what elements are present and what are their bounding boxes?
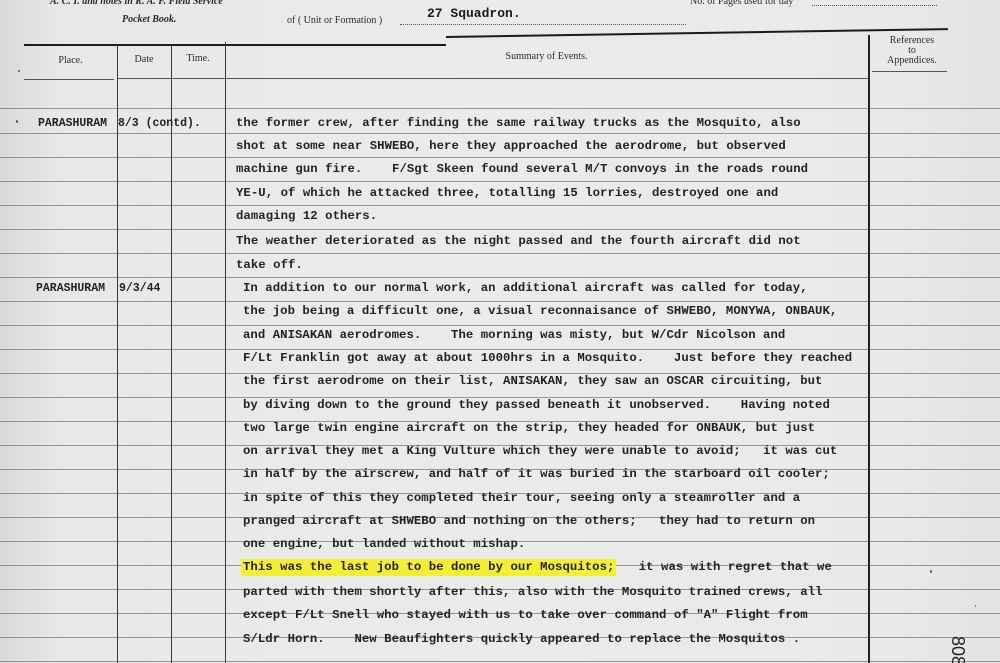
unit-label: of ( Unit or Formation ) — [287, 15, 382, 26]
highlighted-line: This was the last job to be done by our … — [243, 560, 832, 574]
entry-2-summary-line: In addition to our normal work, an addit… — [243, 281, 808, 295]
ruled-line — [0, 277, 1000, 278]
war-diary-page: A. C. I. and notes in R. A. F. Field Ser… — [0, 0, 1000, 663]
entry-1-date: 8/3 (contd). — [118, 117, 201, 130]
entry-1-summary-line: the former crew, after finding the same … — [236, 116, 801, 130]
entry-2-summary-line: two large twin engine aircraft on the st… — [243, 421, 815, 435]
entry-2-date: 9/3/44 — [119, 282, 160, 295]
ruled-line — [0, 205, 1000, 206]
entry-2-summary-line: on arrival they met a King Vulture which… — [243, 444, 837, 458]
entry-2-summary-line: one engine, but landed without mishap. — [243, 537, 525, 551]
column-header-summary: Summary of Events. — [225, 52, 868, 62]
ruled-line — [0, 325, 1000, 326]
ruled-line — [0, 301, 1000, 302]
ruled-line — [0, 253, 1000, 254]
entry-1-place: PARASHURAM — [38, 117, 107, 130]
entry-2-summary-line: F/Lt Franklin got away at about 1000hrs … — [243, 351, 852, 365]
place-date-divider — [117, 44, 118, 663]
highlighted-sentence: This was the last job to be done by our … — [241, 559, 616, 576]
entry-2-place: PARASHURAM — [36, 282, 105, 295]
entry-2-summary-line: the job being a difficult one, a visual … — [243, 304, 837, 318]
header-top-rule — [24, 44, 446, 46]
header-bottom-rule — [24, 79, 114, 80]
paper-speck — [18, 70, 20, 72]
ruled-line — [0, 108, 1000, 109]
entry-2-closing-line: S/Ldr Horn. New Beaufighters quickly app… — [243, 632, 800, 646]
unit-value: 27 Squadron. — [427, 6, 521, 21]
entry-1-summary-line: take off. — [236, 258, 303, 272]
column-header-references: References to Appendices. — [872, 36, 952, 66]
time-summary-divider — [225, 42, 226, 663]
ruled-line — [0, 661, 1000, 662]
header-bottom-rule-mid — [118, 78, 868, 79]
ruled-line — [0, 157, 1000, 158]
ruled-line — [0, 181, 1000, 182]
pocket-book-label: Pocket Book. — [122, 14, 176, 25]
pages-used-label: No. of Pages used for day — [690, 0, 793, 7]
ruled-line — [0, 133, 1000, 134]
entry-2-summary-line: in spite of this they completed their to… — [243, 491, 800, 505]
references-line-3: Appendices. — [872, 56, 952, 66]
entry-1-summary-line: The weather deteriorated as the night pa… — [236, 234, 801, 248]
paper-speck — [16, 120, 18, 123]
date-time-divider — [171, 44, 172, 663]
entry-2-summary-line: pranged aircraft at SHWEBO and nothing o… — [243, 514, 815, 528]
entry-2-summary-line: the first aerodrome on their list, ANISA… — [243, 374, 823, 388]
entry-1-summary-line: shot at some near SHWEBO, here they appr… — [236, 139, 786, 153]
pages-dotted-line — [812, 5, 937, 6]
highlighted-line-continuation: it was with regret that we — [616, 560, 831, 574]
column-header-date: Date — [117, 55, 171, 65]
ruled-line — [0, 229, 1000, 230]
entry-1-summary-line: damaging 12 others. — [236, 209, 377, 223]
entry-2-summary-line: in half by the airscrew, and half of it … — [243, 467, 830, 481]
ruled-line — [0, 349, 1000, 350]
column-header-time: Time. — [171, 54, 225, 64]
header-bottom-rule-refs — [872, 71, 947, 72]
paper-speck — [975, 605, 976, 607]
entry-1-summary-line: machine gun fire. F/Sgt Skeen found seve… — [236, 162, 808, 176]
paper-speck — [930, 570, 932, 573]
margin-page-number: 808 — [947, 636, 968, 663]
entry-2-summary-line: by diving down to the ground they passed… — [243, 398, 830, 412]
entry-2-summary-line: and ANISAKAN aerodromes. The morning was… — [243, 328, 785, 342]
entry-1-summary-line: YE-U, of which he attacked three, totall… — [236, 186, 778, 200]
column-header-place: Place. — [24, 56, 117, 66]
unit-dotted-line — [400, 24, 686, 25]
entry-2-closing-line: parted with them shortly after this, als… — [243, 585, 823, 599]
form-reference-line: A. C. I. and notes in R. A. F. Field Ser… — [50, 0, 223, 7]
entry-2-closing-line: except F/Lt Snell who stayed with us to … — [243, 608, 808, 622]
